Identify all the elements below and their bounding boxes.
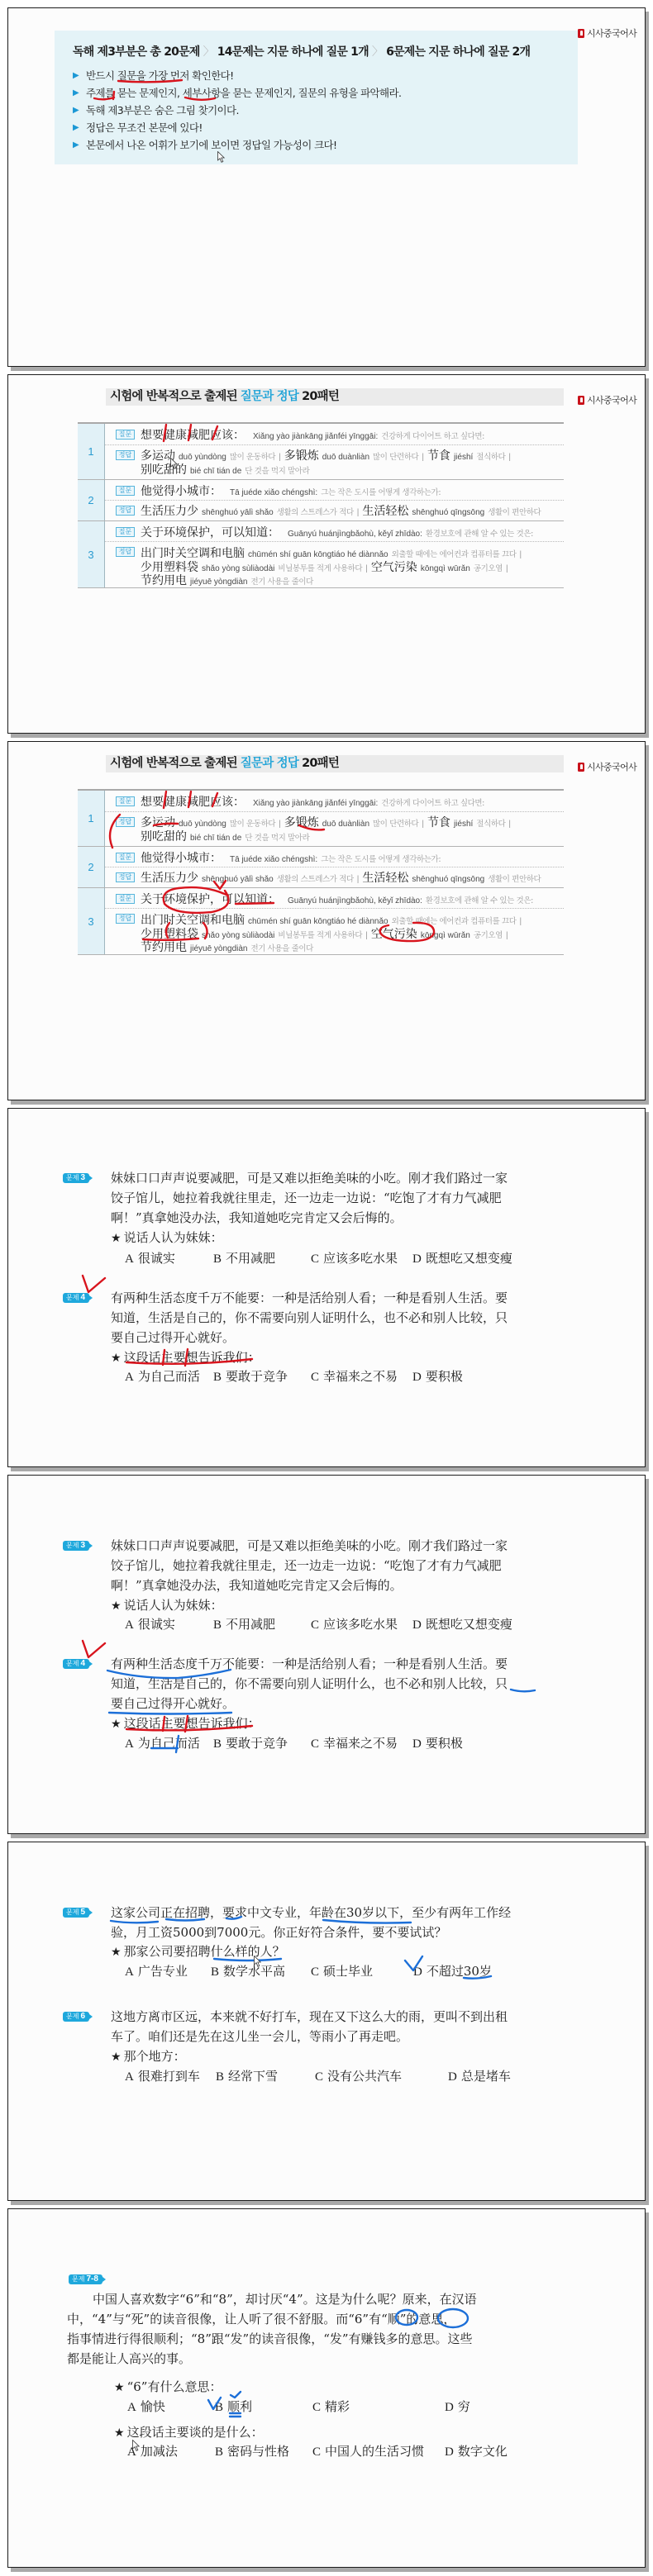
problem-3-passage: 妹妹口口声声说要减肥，可是又难以拒绝美味的小吃。刚才我们路过一家 饺子馆儿，她拉… xyxy=(111,1536,508,1595)
question-pinyin: Guānyú huánjìngbǎohù, kěyǐ zhīdào: xyxy=(288,530,422,539)
option-a: A愉快 xyxy=(127,2397,165,2417)
passage-line: 这家公司正在招聘，要求中文专业，年龄在30岁以下，至少有两年工作经 xyxy=(111,1903,511,1922)
answer-hanzi: 生活压力少 xyxy=(141,505,198,518)
answer-label-badge: 정답 xyxy=(116,817,135,827)
question-line: 질문 关于环境保护，可以知道：Guānyú huánjìngbǎohù, kěy… xyxy=(105,521,564,542)
answer-pinyin: bié chī tián de xyxy=(190,467,241,476)
option-letter: B xyxy=(215,2401,223,2414)
row-number: 2 xyxy=(78,847,105,887)
problem-badge-3: 문제3 xyxy=(63,1541,89,1551)
publisher-logo: 시사중국어사 xyxy=(578,760,636,773)
question-label-badge: 질문 xyxy=(116,486,135,496)
badge-prefix: 문제 xyxy=(66,1174,79,1181)
answer-korean: 전기 사용을 줄이다 xyxy=(251,944,313,953)
passage-line: 中国人喜欢数字“6”和“8”，却讨厌“4”。这是为什么呢？原来，在汉语 xyxy=(67,2289,477,2309)
option-text: 顺利 xyxy=(227,2399,252,2414)
answer-pinyin: kōngqì wūrǎn xyxy=(421,931,470,940)
separator: | xyxy=(506,564,508,573)
separator: | xyxy=(365,564,368,573)
answer-korean: 많이 운동하다 xyxy=(230,820,275,829)
passage-line: 指事情进行得很顺利；“8”跟“发”的读音很像，“发”有赚钱多的意思。这些 xyxy=(67,2329,477,2349)
title-prefix: 시험에 반복적으로 출제된 xyxy=(110,757,237,770)
option-letter: B xyxy=(213,1371,222,1384)
option-text: 幸福来之不易 xyxy=(323,1736,398,1751)
option-letter: C xyxy=(311,1371,319,1384)
option-letter: A xyxy=(125,2070,134,2084)
mouse-cursor-icon xyxy=(170,458,179,470)
separator: | xyxy=(520,917,522,926)
answer-hanzi: 多锻炼 xyxy=(284,449,319,463)
option-letter: B xyxy=(213,1618,222,1632)
badge-number: 3 xyxy=(80,1541,85,1550)
problem-7-question: ★“6”有什么意思： xyxy=(114,2377,222,2398)
option-text: 穷 xyxy=(458,2399,470,2414)
pattern-row-2: 2 질문 他觉得小城市：Tā juéde xiǎo chéngshì:그는 작은… xyxy=(78,846,564,887)
question-korean: 환경보호에 관해 알 수 있는 것은: xyxy=(426,896,533,905)
title-suffix: 20패턴 xyxy=(302,390,339,403)
separator: | xyxy=(365,931,368,940)
problem-3-passage: 妹妹口口声声说要减肥，可是又难以拒绝美味的小吃。刚才我们路过一家 饺子馆儿，她拉… xyxy=(111,1168,508,1228)
passage-line: 验，月工资5000到7000元。你正好符合条件，要不要试试？ xyxy=(111,1922,511,1942)
option-a: A为自己而活 xyxy=(125,1366,200,1387)
question-hanzi: 关于环境保护，可以知道： xyxy=(141,526,279,539)
tips-title: 독해 제3부분은 총 20문제〉14문제는 지문 하나에 질문 1개〉6문제는 … xyxy=(73,45,530,59)
question-text: 这段话主要想告诉我们： xyxy=(124,1350,260,1365)
answer-pinyin: shēnghuó yālì shǎo xyxy=(202,875,274,884)
answer-pinyin: jiéshí xyxy=(454,453,473,462)
answer-korean: 생활이 편안하다 xyxy=(488,875,541,884)
answer-line: 多运动duō yùndòng많이 운동하다|多锻炼duō duànliàn많이 … xyxy=(141,449,564,463)
row-number: 3 xyxy=(78,521,105,587)
problem-4-question: ★这段话主要想告诉我们： xyxy=(111,1713,260,1734)
answer-korean: 절식하다 xyxy=(476,453,505,462)
triangle-bullet-icon: ▶ xyxy=(73,102,86,119)
title-highlight: 질문과 정답 xyxy=(241,390,298,403)
separator: | xyxy=(508,453,511,462)
triangle-bullet-icon: ▶ xyxy=(73,136,86,154)
tip-item: ▶주제를 묻는 문제인지, 세부사항을 묻는 문제인지, 질문의 유형을 파악해… xyxy=(73,84,401,102)
option-c: C精彩 xyxy=(312,2397,350,2417)
option-text: 总是堵车 xyxy=(461,2069,511,2084)
patterns-title: 시험에 반복적으로 출제된질문과 정답20패턴 xyxy=(110,388,339,406)
question-pinyin: Tā juéde xiǎo chéngshì: xyxy=(230,488,317,497)
answer-korean: 외출할 때에는 에어컨과 컴퓨터를 끄다 xyxy=(392,917,517,926)
answer-korean: 생활의 스트레스가 적다 xyxy=(277,875,354,884)
option-d: D总是堵车 xyxy=(448,2066,511,2087)
logo-icon xyxy=(578,29,584,38)
question-label-badge: 질문 xyxy=(116,527,135,537)
answer-korean: 단 것을 먹지 말아라 xyxy=(245,834,309,843)
passage-line: 车了。咱们还是先在这儿坐一会儿，等雨小了再走吧。 xyxy=(111,2027,508,2046)
option-text: 为自己而活 xyxy=(138,1736,200,1751)
logo-text: 시사중국어사 xyxy=(587,26,636,40)
option-letter: C xyxy=(311,1252,319,1266)
passage-line: 中，“4”与“死”的读音很像，让人听了很不舒服。而“6”有“顺”的意思， xyxy=(67,2309,477,2329)
answer-hanzi: 空气污染 xyxy=(371,561,417,574)
option-a: A很诚实 xyxy=(125,1248,175,1269)
question-label-badge: 질문 xyxy=(116,796,135,806)
row-body: 질문 想要健康减肥应该：Xiǎng yào jiànkāng jiǎnféi y… xyxy=(105,791,564,846)
row-number: 2 xyxy=(78,480,105,520)
question-pinyin: Tā juéde xiǎo chéngshì: xyxy=(230,855,317,864)
question-hanzi: 想要健康减肥应该： xyxy=(141,796,245,809)
answer-korean: 많이 단련하다 xyxy=(373,820,418,829)
passage-line: 这地方离市区远，本来就不好打车，现在又下这么大的雨，更叫不到出租 xyxy=(111,2007,508,2027)
answer-korean: 생활이 편안하다 xyxy=(488,508,541,517)
answer-hanzi: 别吃甜的 xyxy=(141,463,187,477)
answer-line: 别吃甜的bié chī tián de단 것을 먹지 말아라 xyxy=(141,463,564,477)
passage-line: 妹妹口口声声说要减肥，可是又难以拒绝美味的小吃。刚才我们路过一家 xyxy=(111,1168,508,1188)
passage-line: 饺子馆儿，她拉着我就往里走，还一边走一边说：“吃饱了才有力气减肥 xyxy=(111,1188,508,1208)
answer-pinyin: shēnghuó qīngsōng xyxy=(412,875,484,884)
question-text: 那个地方： xyxy=(124,2049,186,2064)
option-b: B不用减肥 xyxy=(213,1614,275,1635)
star-icon: ★ xyxy=(111,1599,122,1613)
question-text: 说话人认为妹妹： xyxy=(124,1598,223,1613)
answer-pinyin: jiéyuē yòngdiàn xyxy=(190,944,248,953)
tip-item: ▶본문에서 나온 어휘가 보기에 보이면 정답일 가능성이 크다! xyxy=(73,136,401,154)
row-body: 질문 想要健康减肥应该：Xiǎng yào jiànkāng jiǎnféi y… xyxy=(105,424,564,479)
slide-6-problems-5-6: 문제5 这家公司正在招聘，要求中文专业，年龄在30岁以下，至少有两年工作经 验，… xyxy=(7,1842,646,2201)
option-text: 不超过30岁 xyxy=(427,1964,492,1979)
option-text: 应该多吃水果 xyxy=(323,1251,398,1266)
option-letter: A xyxy=(125,1737,134,1751)
option-text: 硕士毕业 xyxy=(323,1964,373,1979)
separator: | xyxy=(279,820,281,829)
answer-pinyin: chūmén shí guān kōngtiáo hé diànnǎo xyxy=(248,917,388,926)
tip-item: ▶정답은 무조건 본문에 있다! xyxy=(73,119,401,136)
question-line: 질문 关于环境保护，可以知道：Guānyú huánjìngbǎohù, kěy… xyxy=(105,888,564,909)
patterns-header-bar: 시험에 반복적으로 출제된질문과 정답20패턴 xyxy=(106,755,564,772)
publisher-logo: 시사중국어사 xyxy=(578,393,636,406)
answer-hanzi: 节约用电 xyxy=(141,941,187,954)
answer-pinyin: shēnghuó yālì shǎo xyxy=(202,508,274,517)
option-text: 数字文化 xyxy=(458,2444,508,2459)
answer-korean: 공기오염 xyxy=(474,564,503,573)
title-part: 14문제는 지문 하나에 질문 1개 xyxy=(217,45,369,59)
triangle-bullet-icon: ▶ xyxy=(73,67,86,84)
star-icon: ★ xyxy=(111,1718,122,1731)
badge-number: 4 xyxy=(80,1293,85,1302)
tip-text: 본문에서 나온 어휘가 보기에 보이면 정답일 가능성이 크다! xyxy=(86,136,336,154)
row-body: 질문 关于环境保护，可以知道：Guānyú huánjìngbǎohù, kěy… xyxy=(105,521,564,587)
star-icon: ★ xyxy=(114,2426,125,2440)
answer-block: 정답 出门时关空调和电脑chūmén shí guān kōngtiáo hé … xyxy=(105,909,564,954)
star-icon: ★ xyxy=(111,1946,122,1959)
option-letter: D xyxy=(413,1965,422,1979)
option-text: 很难打到车 xyxy=(138,2069,200,2084)
option-b: B密码与性格 xyxy=(215,2441,289,2462)
problem-badge-3: 문제3 xyxy=(63,1173,89,1183)
option-letter: B xyxy=(215,2445,223,2459)
answer-block: 정답 多运动duō yùndòng많이 운동하다|多锻炼duō duànliàn… xyxy=(105,812,564,846)
option-letter: C xyxy=(311,1965,319,1979)
question-pinyin: Xiǎng yào jiànkāng jiǎnféi yīnggāi: xyxy=(253,432,378,441)
problem-4-passage: 有两种生活态度千万不能要：一种是活给别人看；一种是看别人生活。要 知道，生活是自… xyxy=(111,1654,508,1713)
mouse-cursor-icon xyxy=(132,2440,141,2452)
badge-number: 3 xyxy=(80,1173,85,1182)
answer-line: 少用塑料袋shǎo yòng sùliàodài비닐봉투를 적게 사용하다|空气… xyxy=(141,560,564,574)
option-text: 愉快 xyxy=(141,2399,165,2414)
answer-line: 多运动duō yùndòng많이 운동하다|多锻炼duō duànliàn많이 … xyxy=(141,815,564,829)
problem-badge-6: 문제6 xyxy=(63,2012,89,2022)
question-korean: 건강하게 다이어트 하고 싶다면: xyxy=(381,799,484,808)
badge-prefix: 문제 xyxy=(66,1294,79,1301)
answer-label-badge: 정답 xyxy=(116,914,135,924)
option-letter: D xyxy=(412,1252,422,1266)
triangle-bullet-icon: ▶ xyxy=(73,84,86,102)
answer-pinyin: jiéshí xyxy=(454,820,473,829)
title-prefix: 시험에 반복적으로 출제된 xyxy=(110,390,237,403)
answer-korean: 단 것을 먹지 말아라 xyxy=(245,467,309,476)
star-icon: ★ xyxy=(114,2381,125,2394)
answer-hanzi: 多运动 xyxy=(141,816,175,829)
answer-hanzi: 少用塑料袋 xyxy=(141,928,198,941)
question-korean: 환경보호에 관해 알 수 있는 것은: xyxy=(426,530,533,539)
option-letter: B xyxy=(213,1737,222,1751)
chevron-right-icon: 〉 xyxy=(203,45,214,59)
badge-number: 5 xyxy=(80,1908,85,1917)
option-text: 既想吃又想变瘦 xyxy=(426,1617,512,1632)
passage-line: 啊！”真拿她没办法，我知道她吃完肯定又会后悔的。 xyxy=(111,1576,508,1595)
option-text: 中国人的生活习惯 xyxy=(325,2444,424,2459)
answer-hanzi: 少用塑料袋 xyxy=(141,561,198,574)
option-a: A很诚实 xyxy=(125,1614,175,1635)
answer-hanzi: 生活轻松 xyxy=(362,872,408,885)
answer-pinyin: duō duànliàn xyxy=(322,820,369,829)
pattern-row-2: 2 질문 他觉得小城市：Tā juéde xiǎo chéngshì:그는 작은… xyxy=(78,479,564,520)
answer-line: 出门时关空调和电脑chūmén shí guān kōngtiáo hé dià… xyxy=(141,546,564,560)
mouse-cursor-icon xyxy=(254,1956,262,1968)
answer-pinyin: duō yùndòng xyxy=(179,453,226,462)
answer-block: 정답 生活压力少shēnghuó yālì shǎo생활의 스트레스가 적다|生… xyxy=(105,867,564,887)
passage-line: 妹妹口口声声说要减肥，可是又难以拒绝美味的小吃。刚才我们路过一家 xyxy=(111,1536,508,1556)
star-icon: ★ xyxy=(111,2051,122,2064)
answer-pinyin: shǎo yòng sùliàodài xyxy=(202,564,274,573)
option-text: 既想吃又想变瘦 xyxy=(426,1251,512,1266)
answer-line: 节约用电jiéyuē yòngdiàn전기 사용을 줄이다 xyxy=(141,573,564,587)
answer-hanzi: 节约用电 xyxy=(141,574,187,587)
option-letter: A xyxy=(125,1371,134,1384)
badge-prefix: 문제 xyxy=(72,2275,84,2283)
option-text: 广告专业 xyxy=(138,1964,188,1979)
answer-korean: 생활의 스트레스가 적다 xyxy=(277,508,354,517)
question-korean: 그는 작은 도시를 어떻게 생각하는가: xyxy=(321,488,441,497)
answer-pinyin: bié chī tián de xyxy=(190,834,241,843)
answer-block: 정답 出门时关空调和电脑chūmén shí guān kōngtiáo hé … xyxy=(105,542,564,587)
problem-6-passage: 这地方离市区远，本来就不好打车，现在又下这么大的雨，更叫不到出租 车了。咱们还是… xyxy=(111,2007,508,2046)
option-letter: B xyxy=(211,1965,219,1979)
tip-text: 주제를 묻는 문제인지, 세부사항을 묻는 문제인지, 질문의 유형을 파악해라… xyxy=(86,84,401,102)
answer-hanzi: 节食 xyxy=(427,449,450,463)
question-hanzi: 关于环境保护，可以知道： xyxy=(141,893,279,906)
option-text: 很诚实 xyxy=(138,1251,175,1266)
option-text: 要敢于竞争 xyxy=(226,1736,288,1751)
option-text: 为自己而活 xyxy=(138,1369,200,1384)
answer-hanzi: 出门时关空调和电脑 xyxy=(141,914,245,927)
question-text: “6”有什么意思： xyxy=(127,2379,222,2394)
option-letter: D xyxy=(448,2070,457,2084)
answer-hanzi: 节食 xyxy=(427,816,450,829)
option-letter: D xyxy=(445,2445,454,2459)
option-letter: B xyxy=(213,1252,222,1266)
option-d: D数字文化 xyxy=(445,2441,508,2462)
badge-number: 6 xyxy=(80,2012,85,2021)
option-letter: B xyxy=(216,2070,224,2084)
option-b: B要敢于竞争 xyxy=(213,1366,288,1387)
title-suffix: 20패턴 xyxy=(302,757,339,770)
separator: | xyxy=(357,508,360,517)
logo-icon xyxy=(578,396,584,405)
option-text: 要敢于竞争 xyxy=(226,1369,288,1384)
answer-pinyin: kōngqì wūrǎn xyxy=(421,564,470,573)
question-text: 说话人认为妹妹： xyxy=(124,1230,223,1245)
problem-badge-4: 문제4 xyxy=(63,1659,89,1669)
option-letter: A xyxy=(125,1252,134,1266)
row-body: 질문 他觉得小城市：Tā juéde xiǎo chéngshì:그는 작은 도… xyxy=(105,480,564,520)
tips-box: 독해 제3부분은 총 20문제〉14문제는 지문 하나에 질문 1개〉6문제는 … xyxy=(55,31,578,164)
slide-4-problems-3-4: 문제3 妹妹口口声声说要减肥，可是又难以拒绝美味的小吃。刚才我们路过一家 饺子馆… xyxy=(7,1108,646,1467)
problem-6-question: ★那个地方： xyxy=(111,2046,186,2067)
option-c: C应该多吃水果 xyxy=(311,1614,398,1635)
option-text: 经常下雪 xyxy=(228,2069,278,2084)
answer-hanzi: 出门时关空调和电脑 xyxy=(141,547,245,560)
option-c: C应该多吃水果 xyxy=(311,1248,398,1269)
tip-text: 독해 제3부분은 숨은 그림 찾기이다. xyxy=(86,102,239,119)
question-line: 질문 他觉得小城市：Tā juéde xiǎo chéngshì:그는 작은 도… xyxy=(105,847,564,867)
logo-text: 시사중국어사 xyxy=(587,393,636,406)
question-text: 这段话主要谈的是什么： xyxy=(127,2425,264,2440)
problem-4-question: ★这段话主要想告诉我们： xyxy=(111,1347,260,1368)
answer-korean: 비닐봉투를 적게 사용하다 xyxy=(278,931,362,940)
option-text: 不用减肥 xyxy=(226,1251,275,1266)
pattern-row-1: 1 질문 想要健康减肥应该：Xiǎng yào jiànkāng jiǎnféi… xyxy=(78,791,564,846)
answer-line: 别吃甜的bié chī tián de단 것을 먹지 말아라 xyxy=(141,829,564,844)
chevron-right-icon: 〉 xyxy=(372,45,383,59)
badge-prefix: 문제 xyxy=(66,1908,79,1916)
option-b: B数学水平高 xyxy=(211,1961,285,1982)
logo-icon xyxy=(578,763,584,772)
answer-hanzi: 生活压力少 xyxy=(141,872,198,885)
question-line: 질문 想要健康减肥应该：Xiǎng yào jiànkāng jiǎnféi y… xyxy=(105,424,564,445)
answer-pinyin: chūmén shí guān kōngtiáo hé diànnǎo xyxy=(248,550,388,559)
answer-korean: 전기 사용을 줄이다 xyxy=(251,577,313,587)
option-d: D要积极 xyxy=(412,1733,463,1754)
option-b: B经常下雪 xyxy=(216,2066,278,2087)
answer-korean: 많이 단련하다 xyxy=(373,453,418,462)
question-label-badge: 질문 xyxy=(116,853,135,863)
answer-line: 出门时关空调和电脑chūmén shí guān kōngtiáo hé dià… xyxy=(141,913,564,927)
answer-pinyin: shēnghuó qīngsōng xyxy=(412,508,484,517)
option-text: 密码与性格 xyxy=(227,2444,289,2459)
option-letter: C xyxy=(311,1618,319,1632)
answer-hanzi: 生活轻松 xyxy=(362,505,408,518)
blue-underline-annotation xyxy=(511,1690,535,1691)
option-c: C幸福来之不易 xyxy=(311,1366,398,1387)
option-c: C中国人的生活习惯 xyxy=(312,2441,424,2462)
separator: | xyxy=(357,875,360,884)
option-text: 应该多吃水果 xyxy=(323,1617,398,1632)
slide-1-reading-tips: 시사중국어사 독해 제3부분은 총 20문제〉14문제는 지문 하나에 질문 1… xyxy=(7,7,646,367)
pattern-row-3: 3 질문 关于环境保护，可以知道：Guānyú huánjìngbǎohù, k… xyxy=(78,887,564,954)
option-d: D既想吃又想变瘦 xyxy=(412,1614,512,1635)
patterns-table: 1 질문 想要健康减肥应该：Xiǎng yào jiànkāng jiǎnféi… xyxy=(78,422,564,588)
answer-block: 정답 生活压力少shēnghuó yālì shǎo생활의 스트레스가 적다|生… xyxy=(105,501,564,520)
patterns-header-bar: 시험에 반복적으로 출제된질문과 정답20패턴 xyxy=(106,388,564,406)
option-letter: C xyxy=(312,2445,321,2459)
option-text: 精彩 xyxy=(325,2399,350,2414)
problem-3-question: ★说话人认为妹妹： xyxy=(111,1595,223,1616)
pattern-row-3: 3 질문 关于环境保护，可以知道：Guānyú huánjìngbǎohù, k… xyxy=(78,520,564,587)
problem-3-question: ★说话人认为妹妹： xyxy=(111,1228,223,1248)
row-number: 1 xyxy=(78,424,105,479)
answer-korean: 많이 운동하다 xyxy=(230,453,275,462)
question-pinyin: Xiǎng yào jiànkāng jiǎnféi yīnggāi: xyxy=(253,799,378,808)
mouse-cursor-icon xyxy=(217,151,226,164)
answer-pinyin: shǎo yòng sùliàodài xyxy=(202,931,274,940)
question-line: 질문 他觉得小城市：Tā juéde xiǎo chéngshì:그는 작은 도… xyxy=(105,480,564,501)
pattern-row-1: 1 질문 想要健康减肥应该：Xiǎng yào jiànkāng jiǎnféi… xyxy=(78,424,564,479)
option-b: B顺利 xyxy=(215,2397,252,2417)
option-text: 没有公共汽车 xyxy=(327,2069,402,2084)
red-checkmark-annotation xyxy=(83,1276,105,1292)
option-c: C幸福来之不易 xyxy=(311,1733,398,1754)
question-hanzi: 想要健康减肥应该： xyxy=(141,429,245,442)
answer-pinyin: duō duànliàn xyxy=(322,453,369,462)
pen-annotation-layer xyxy=(8,2209,646,2569)
answer-korean: 절식하다 xyxy=(476,820,505,829)
answer-pinyin: jiéyuē yòngdiàn xyxy=(190,577,248,587)
option-text: 加减法 xyxy=(141,2444,178,2459)
problem-5-passage: 这家公司正在招聘，要求中文专业，年龄在30岁以下，至少有两年工作经 验，月工资5… xyxy=(111,1903,511,1942)
option-d: D要积极 xyxy=(412,1366,463,1387)
answer-label-badge: 정답 xyxy=(116,872,135,882)
triangle-bullet-icon: ▶ xyxy=(73,119,86,136)
question-korean: 건강하게 다이어트 하고 싶다면: xyxy=(381,432,484,441)
separator: | xyxy=(506,931,508,940)
tips-list: ▶반드시 질문을 가장 먼저 확인한다! ▶주제를 묻는 문제인지, 세부사항을… xyxy=(73,67,401,154)
option-text: 要积极 xyxy=(426,1369,463,1384)
tip-text: 반드시 질문을 가장 먼저 확인한다! xyxy=(86,67,234,84)
answer-label-badge: 정답 xyxy=(116,506,135,516)
answer-hanzi: 空气污染 xyxy=(371,928,417,941)
option-d: D既想吃又想变瘦 xyxy=(412,1248,512,1269)
tip-text: 정답은 무조건 본문에 있다! xyxy=(86,119,203,136)
question-label-badge: 질문 xyxy=(116,894,135,904)
row-number: 3 xyxy=(78,888,105,954)
star-icon: ★ xyxy=(111,1232,122,1245)
answer-line: 生活压力少shēnghuó yālì shǎo생활의 스트레스가 적다|生活轻松… xyxy=(141,871,564,885)
question-line: 질문 想要健康减肥应该：Xiǎng yào jiànkāng jiǎnféi y… xyxy=(105,791,564,812)
option-letter: D xyxy=(412,1737,422,1751)
logo-text: 시사중국어사 xyxy=(587,760,636,773)
separator: | xyxy=(422,453,424,462)
answer-hanzi: 多锻炼 xyxy=(284,816,319,829)
question-text: 这段话主要想告诉我们： xyxy=(124,1716,260,1731)
question-hanzi: 他觉得小城市： xyxy=(141,852,222,865)
option-letter: D xyxy=(412,1618,422,1632)
badge-prefix: 문제 xyxy=(66,1660,79,1667)
separator: | xyxy=(279,453,281,462)
question-hanzi: 他觉得小城市： xyxy=(141,485,222,498)
answer-label-badge: 정답 xyxy=(116,450,135,460)
option-letter: D xyxy=(412,1371,422,1384)
option-letter: C xyxy=(315,2070,323,2084)
passage-line: 有两种生活态度千万不能要：一种是活给别人看；一种是看别人生活。要 xyxy=(111,1654,508,1674)
star-icon: ★ xyxy=(111,1352,122,1365)
option-d: D不超过30岁 xyxy=(413,1961,492,1982)
badge-prefix: 문제 xyxy=(66,2013,79,2020)
